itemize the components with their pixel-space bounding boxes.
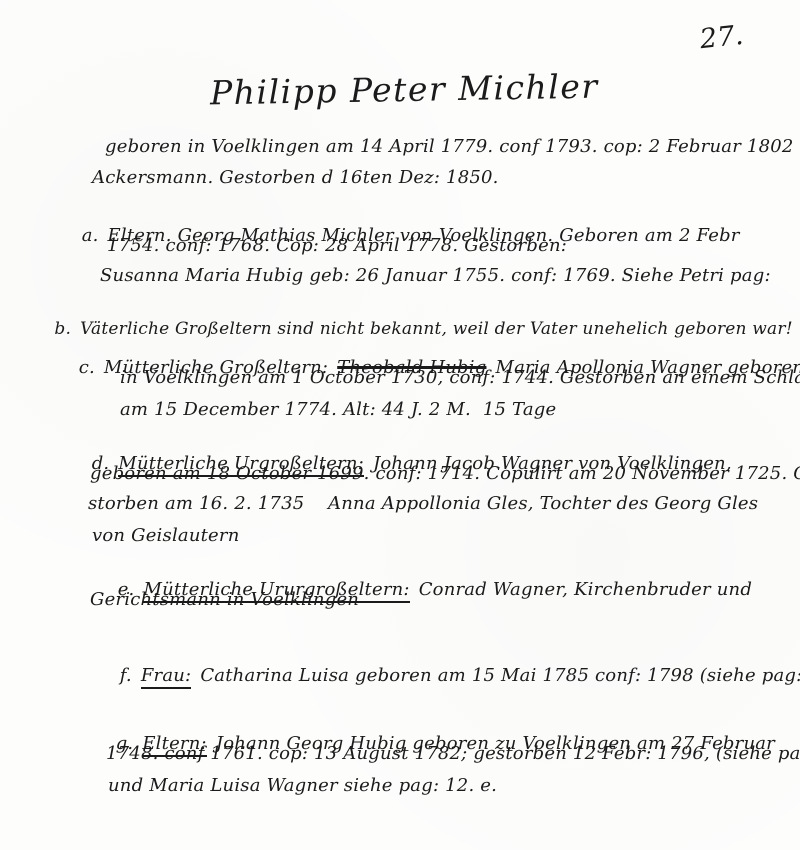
section-c-line-3: am 15 December 1774. Alt: 44 J. 2 M. 15 … (120, 399, 556, 421)
section-c-line-2: in Voelklingen am 1 October 1730, conf: … (120, 367, 800, 389)
section-a-label: a. (82, 225, 99, 246)
page-number: 27. (698, 20, 745, 57)
section-d-line-3: storben am 16. 2. 1735 Anna Appollonia G… (88, 493, 758, 515)
section-f-heading: Frau: (141, 665, 191, 689)
section-d-line-2: geboren am 18 October 1699. conf: 1714. … (90, 463, 800, 485)
intro-line-1: geboren in Voelklingen am 14 April 1779.… (105, 136, 794, 158)
page-title: Philipp Peter Michler (210, 67, 599, 113)
section-f-line-1: f.Frau:Catharina Luisa geboren am 15 Mai… (96, 643, 800, 708)
section-c-label: c. (79, 357, 95, 378)
section-a-line-3: Susanna Maria Hubig geb: 26 Januar 1755.… (100, 265, 771, 287)
intro-line-2: Ackersmann. Gestorben d 16ten Dez: 1850. (92, 167, 499, 189)
section-a-line-2: 1754. conf: 1768. Cop: 28 April 1778. Ge… (107, 235, 567, 257)
section-f-text-1: Catharina Luisa geboren am 15 Mai 1785 c… (200, 665, 800, 686)
document-page: 27. Philipp Peter Michler geboren in Voe… (0, 0, 800, 850)
section-e-line-2: Gerichtsmann in Voelklingen (90, 589, 359, 611)
section-g-line-2: 1748. conf 1761. cop: 13 August 1782; ge… (106, 743, 800, 765)
section-d-line-4: von Geislautern (92, 525, 240, 547)
section-f-label: f. (120, 665, 132, 686)
section-g-line-3: und Maria Luisa Wagner siehe pag: 12. e. (108, 775, 497, 797)
section-e-text-1: Conrad Wagner, Kirchenbruder und (419, 579, 752, 600)
